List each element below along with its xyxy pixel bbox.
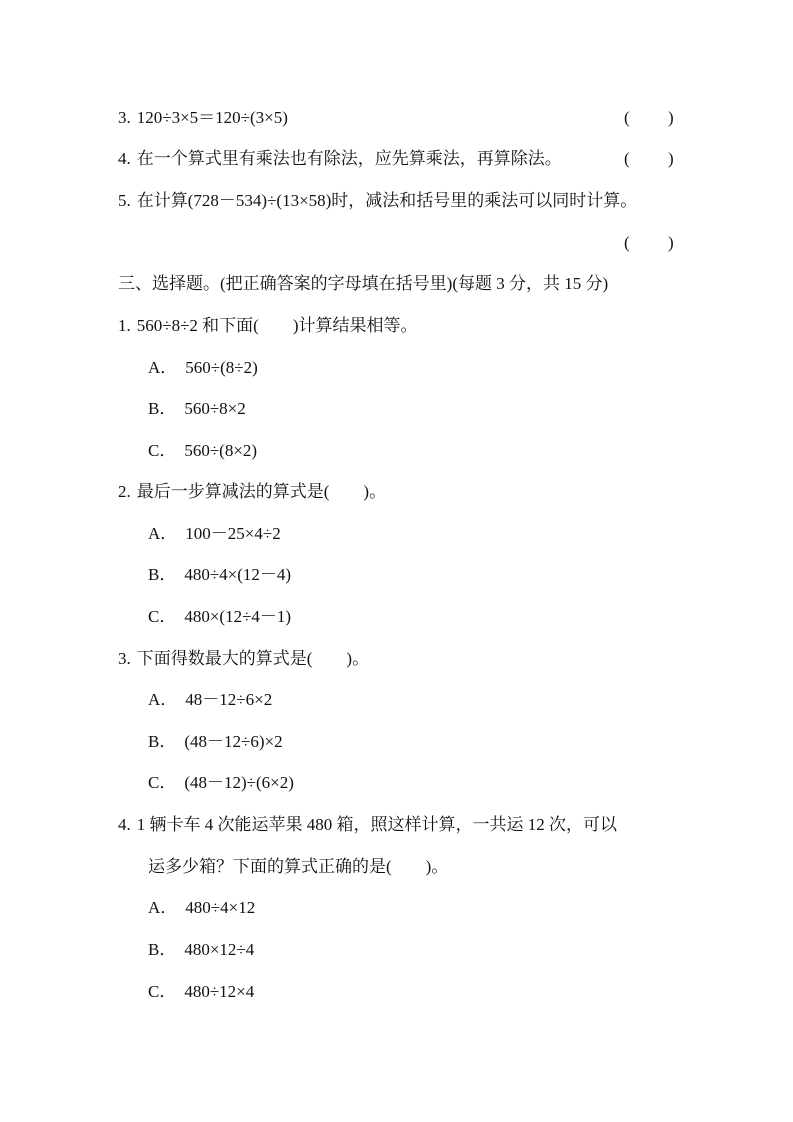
question-stem: 下面得数最大的算式是( )。 xyxy=(137,649,369,668)
judgement-item-5: 5.在计算(728－534)÷(13×58)时，减法和括号里的乘法可以同时计算。 xyxy=(118,190,637,212)
option-b[interactable]: B．560÷8×2 xyxy=(148,398,246,420)
item-text: 在计算(728－534)÷(13×58)时，减法和括号里的乘法可以同时计算。 xyxy=(137,191,638,210)
question-2: 2.最后一步算减法的算式是( )。 xyxy=(118,481,386,503)
question-number: 1. xyxy=(118,316,131,335)
question-stem: 1 辆卡车 4 次能运苹果 480 箱，照这样计算，一共运 12 次，可以 xyxy=(137,815,617,834)
question-stem: 最后一步算减法的算式是( )。 xyxy=(137,482,386,501)
judgement-item-4: 4.在一个算式里有乘法也有除法，应先算乘法，再算除法。 xyxy=(118,148,562,170)
question-stem: 560÷8÷2 和下面( )计算结果相等。 xyxy=(137,316,418,335)
option-c[interactable]: C．480÷12×4 xyxy=(148,981,254,1003)
item-number: 5. xyxy=(118,191,131,210)
option-c[interactable]: C．480×(12÷4－1) xyxy=(148,606,291,628)
item-text: 120÷3×5＝120÷(3×5) xyxy=(137,108,288,127)
option-b[interactable]: B．480×12÷4 xyxy=(148,939,254,961)
option-a[interactable]: A．48－12÷6×2 xyxy=(148,689,272,711)
question-4: 4.1 辆卡车 4 次能运苹果 480 箱，照这样计算，一共运 12 次，可以 xyxy=(118,814,617,836)
option-a[interactable]: A．560÷(8÷2) xyxy=(148,357,258,379)
item-text: 在一个算式里有乘法也有除法，应先算乘法，再算除法。 xyxy=(137,149,562,168)
item-number: 4. xyxy=(118,149,131,168)
item-number: 3. xyxy=(118,108,131,127)
option-b[interactable]: B．(48－12÷6)×2 xyxy=(148,731,283,753)
question-number: 2. xyxy=(118,482,131,501)
question-1: 1.560÷8÷2 和下面( )计算结果相等。 xyxy=(118,315,417,337)
option-b[interactable]: B．480÷4×(12－4) xyxy=(148,564,291,586)
option-a[interactable]: A．480÷4×12 xyxy=(148,897,255,919)
section-heading: 三、选择题。(把正确答案的字母填在括号里)(每题 3 分，共 15 分) xyxy=(118,273,608,295)
question-number: 3. xyxy=(118,649,131,668)
question-number: 4. xyxy=(118,815,131,834)
option-a[interactable]: A．100－25×4÷2 xyxy=(148,523,281,545)
judgement-item-3: 3.120÷3×5＝120÷(3×5) xyxy=(118,107,288,129)
question-4-continuation: 运多少箱？下面的算式正确的是( )。 xyxy=(148,856,448,878)
question-3: 3.下面得数最大的算式是( )。 xyxy=(118,648,369,670)
option-c[interactable]: C．(48－12)÷(6×2) xyxy=(148,772,294,794)
option-c[interactable]: C．560÷(8×2) xyxy=(148,440,257,462)
